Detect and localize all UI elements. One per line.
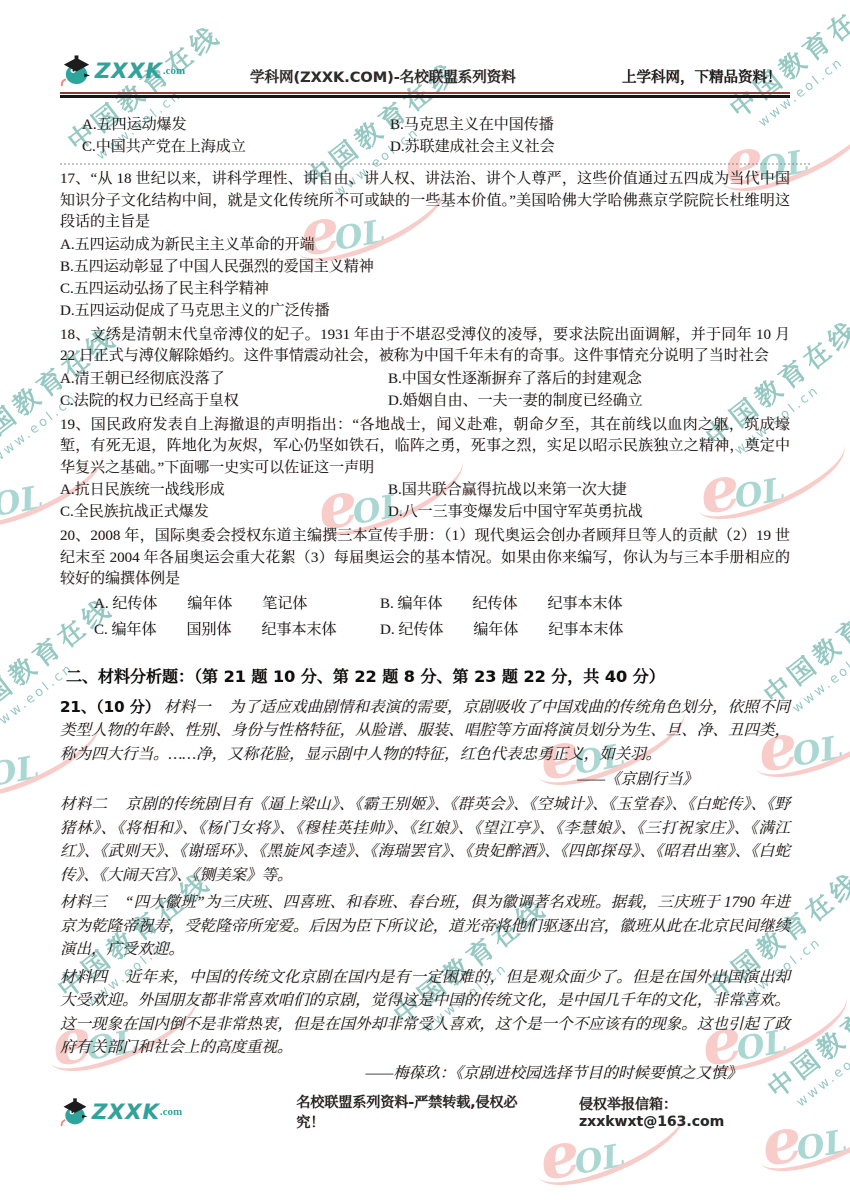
zxxk-wordmark: ZXXK [95, 59, 163, 83]
option-a: A.抗日民族统一战线形成 [60, 479, 388, 501]
question-19: 19、国民政府发表自上海撤退的声明指出：“各地战士，闻义赴难，朝命夕至，其在前线… [60, 415, 790, 524]
page-header: ZXXK.com 学科网(ZXXK.COM)-名校联盟系列资料 上学科网，下精品… [60, 0, 790, 87]
option-b: B.中国女性逐渐摒弃了落后的封建观念 [388, 368, 642, 390]
section-two-title: 二、材料分析题：（第 21 题 10 分、第 22 题 8 分、第 23 题 2… [66, 664, 790, 687]
footer-copyright: 名校联盟系列资料-严禁转载,侵权必究！ [296, 1092, 533, 1132]
zxxk-wordmark: ZXXK [92, 1100, 160, 1124]
zxxk-bird-icon [60, 54, 93, 87]
question-21-number: 21、（10 分） [60, 698, 160, 716]
question-stem: 20、2008 年，国际奥委会授权东道主编撰三本宣传手册：（1）现代奥运会创办者… [60, 526, 790, 591]
option-c: C. 编年体 国别体 纪事本末体 [94, 617, 380, 643]
option-b: B.马克思主义在中国传播 [390, 114, 554, 136]
option-d: D.五四运动促成了马克思主义的广泛传播 [60, 300, 790, 322]
zxxk-logo: ZXXK.com [60, 54, 250, 87]
question-16-options: A.五四运动爆发 B.马克思主义在中国传播 C.中国共产党在上海成立 D.苏联建… [60, 114, 790, 158]
zxxk-logo-footer: ZXXK.com [60, 1097, 240, 1127]
question-18: 18、文绣是清朝末代皇帝溥仪的妃子。1931 年由于不堪忍受溥仪的凌辱，要求法院… [60, 325, 790, 412]
material-4: 材料四 近年来，中国的传统文化京剧在国内是有一定困难的，但是观众面少了。但是在国… [60, 966, 790, 1060]
material-2-label: 材料二 [60, 796, 107, 813]
option-c: C.五四运动弘扬了民主科学精神 [60, 278, 790, 300]
option-d: D.八一三事变爆发后中国守军英勇抗战 [388, 501, 643, 523]
option-c: C.中国共产党在上海成立 [82, 136, 390, 158]
option-b: B.五四运动彰显了中国人民强烈的爱国主义精神 [60, 256, 790, 278]
material-3-text: “四大徽班”为三庆班、四喜班、和春班、春台班，俱为徽调著名戏班。据载，三庆班于 … [60, 894, 790, 958]
page-footer: ZXXK.com 名校联盟系列资料-严禁转载,侵权必究！ 侵权举报信箱：zxxk… [60, 1092, 810, 1132]
question-20: 20、2008 年，国际奥委会授权东道主编撰三本宣传手册：（1）现代奥运会创办者… [60, 526, 790, 643]
material-2-text: 京剧的传统剧目有《逼上梁山》、《霸王别姬》、《群英会》、《空城计》、《玉堂春》、… [60, 796, 790, 884]
material-1-label: 材料一 [164, 699, 211, 716]
option-c: C.法院的权力已经高于皇权 [60, 390, 388, 412]
zxxk-wordmark-suffix: .com [160, 1106, 182, 1118]
header-slogan: 上学科网，下精品资料！ [622, 66, 782, 87]
option-a: A. 纪传体 编年体 笔记体 [94, 591, 380, 617]
option-b: B.国共联合赢得抗战以来第一次大捷 [388, 479, 627, 501]
option-a: A.五四运动成为新民主主义革命的开端 [60, 234, 790, 256]
header-site-title: 学科网(ZXXK.COM)-名校联盟系列资料 [250, 66, 570, 87]
zxxk-bird-icon [60, 1097, 90, 1127]
material-4-text: 近年来，中国的传统文化京剧在国内是有一定困难的，但是观众面少了。但是在国外出国演… [60, 969, 790, 1057]
material-3-label: 材料三 [60, 894, 107, 911]
question-17: 17、“从 18 世纪以来，讲科学理性、讲自由、讲人权、讲法治、讲个人尊严，这些… [60, 169, 790, 322]
scanned-exam-page: 中国教育在线 www.eol.cn 中国教育在线 www.eol.cn eOL … [0, 0, 850, 1202]
question-21-material-1: 21、（10 分） 材料一 为了适应戏曲剧情和表演的需要，京剧吸收了中国戏曲的传… [60, 696, 790, 767]
option-d: D.婚姻自由、一夫一妻的制度已经确立 [388, 390, 643, 412]
option-a: A.五四运动爆发 [82, 114, 390, 136]
material-4-citation: ——梅葆玖：《京剧进校园选择节目的时候要慎之又慎》 [60, 1061, 790, 1083]
zxxk-wordmark-suffix: .com [163, 65, 185, 77]
option-d: D.苏联建成社会主义社会 [390, 136, 555, 158]
question-stem: 17、“从 18 世纪以来，讲科学理性、讲自由、讲人权、讲法治、讲个人尊严，这些… [60, 169, 790, 234]
option-c: C.全民族抗战正式爆发 [60, 501, 388, 523]
question-stem: 19、国民政府发表自上海撤退的声明指出：“各地战士，闻义赴难，朝命夕至，其在前线… [60, 415, 790, 480]
option-b: B. 编年体 纪传体 纪事本末体 [380, 591, 623, 617]
header-divider [60, 92, 790, 98]
material-3: 材料三 “四大徽班”为三庆班、四喜班、和春班、春台班，俱为徽调著名戏班。据载，三… [60, 891, 790, 962]
option-a: A.清王朝已经彻底没落了 [60, 368, 388, 390]
material-2: 材料二 京剧的传统剧目有《逼上梁山》、《霸王别姬》、《群英会》、《空城计》、《玉… [60, 793, 790, 887]
footer-report-email: 侵权举报信箱：zxxkwxt@163.com [579, 1094, 810, 1130]
material-4-label: 材料四 [60, 969, 107, 986]
material-1-citation: ——《京剧行当》 [60, 767, 790, 789]
question-stem: 18、文绣是清朝末代皇帝溥仪的妃子。1931 年由于不堪忍受溥仪的凌辱，要求法院… [60, 325, 790, 368]
option-d: D. 纪传体 编年体 纪事本末体 [380, 617, 623, 643]
